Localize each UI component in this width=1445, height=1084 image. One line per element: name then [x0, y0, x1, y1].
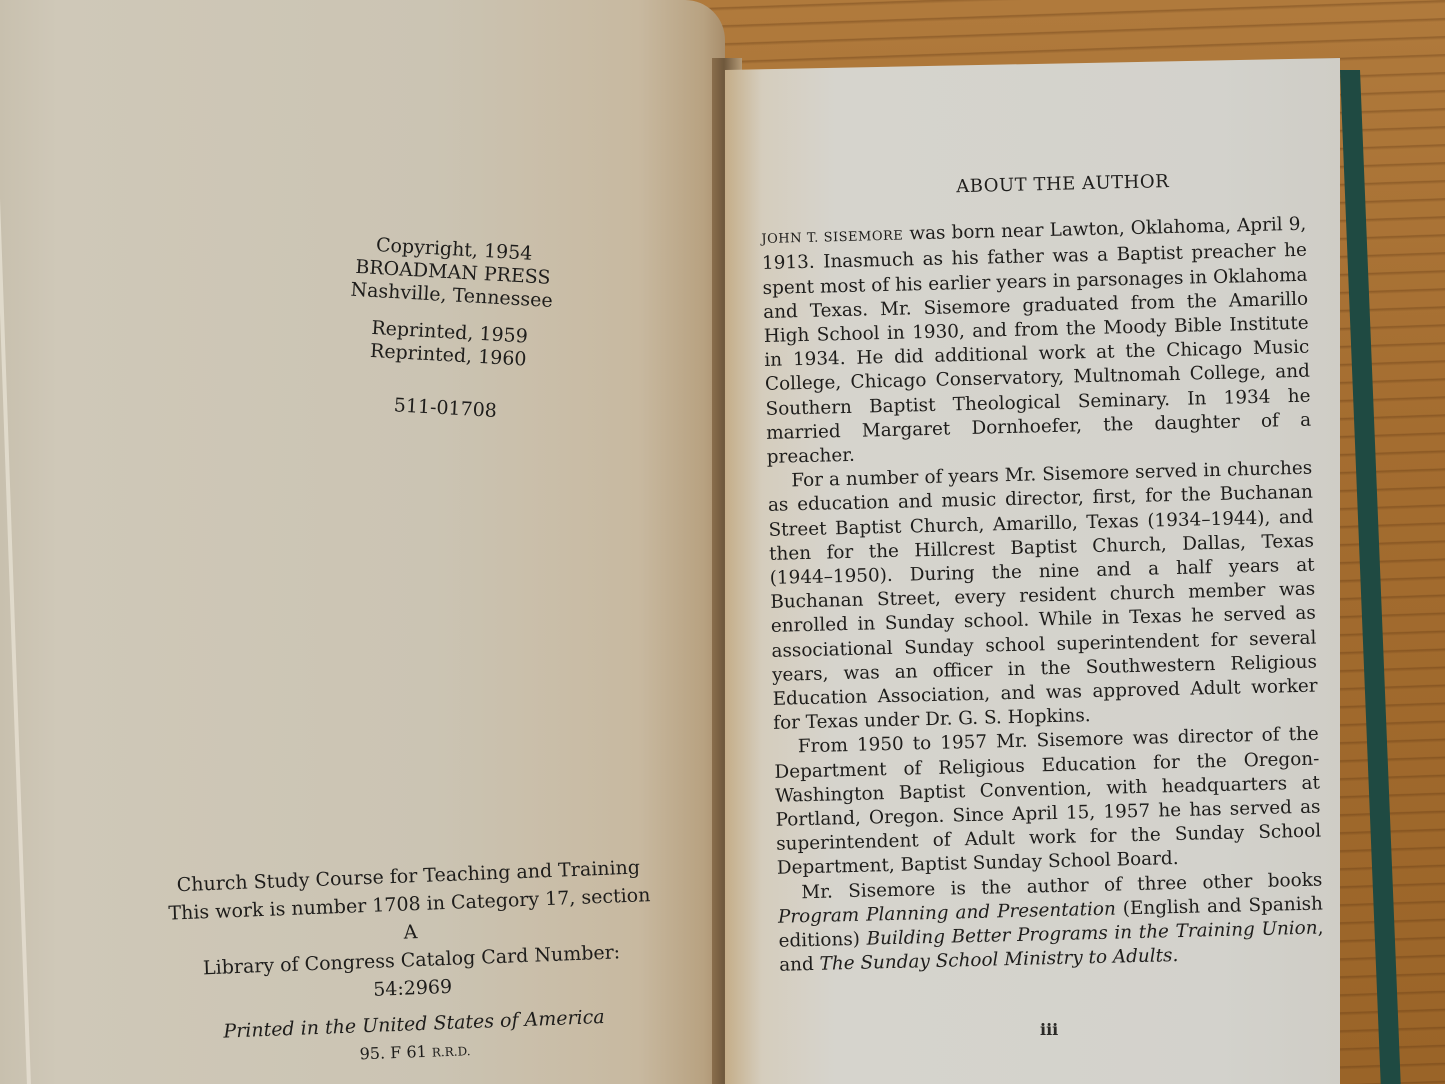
print-code-main: 95. F 61	[359, 1042, 432, 1064]
course-info-block: Church Study Course for Teaching and Tra…	[158, 853, 666, 1077]
page-number: iii	[1040, 1020, 1058, 1039]
paragraph-2: For a number of years Mr. Sisemore serve…	[767, 457, 1318, 736]
paragraph-4: Mr. Sisemore is the author of three othe…	[777, 868, 1324, 978]
page-edge-line	[0, 0, 31, 1084]
paragraph-1: JOHN T. SISEMORE was born near Lawton, O…	[761, 213, 1312, 470]
print-code-initials: R.R.D.	[432, 1044, 471, 1059]
about-author-text: ABOUT THE AUTHOR JOHN T. SISEMORE was bo…	[760, 167, 1324, 979]
author-name: JOHN T. SISEMORE	[761, 229, 903, 247]
copyright-block: Copyright, 1954 BROADMAN PRESS Nashville…	[330, 232, 570, 427]
paragraph-1-text: was born near Lawton, Oklahoma, April 9,…	[762, 214, 1311, 468]
paragraph-3: From 1950 to 1957 Mr. Sisemore was direc…	[774, 723, 1322, 881]
